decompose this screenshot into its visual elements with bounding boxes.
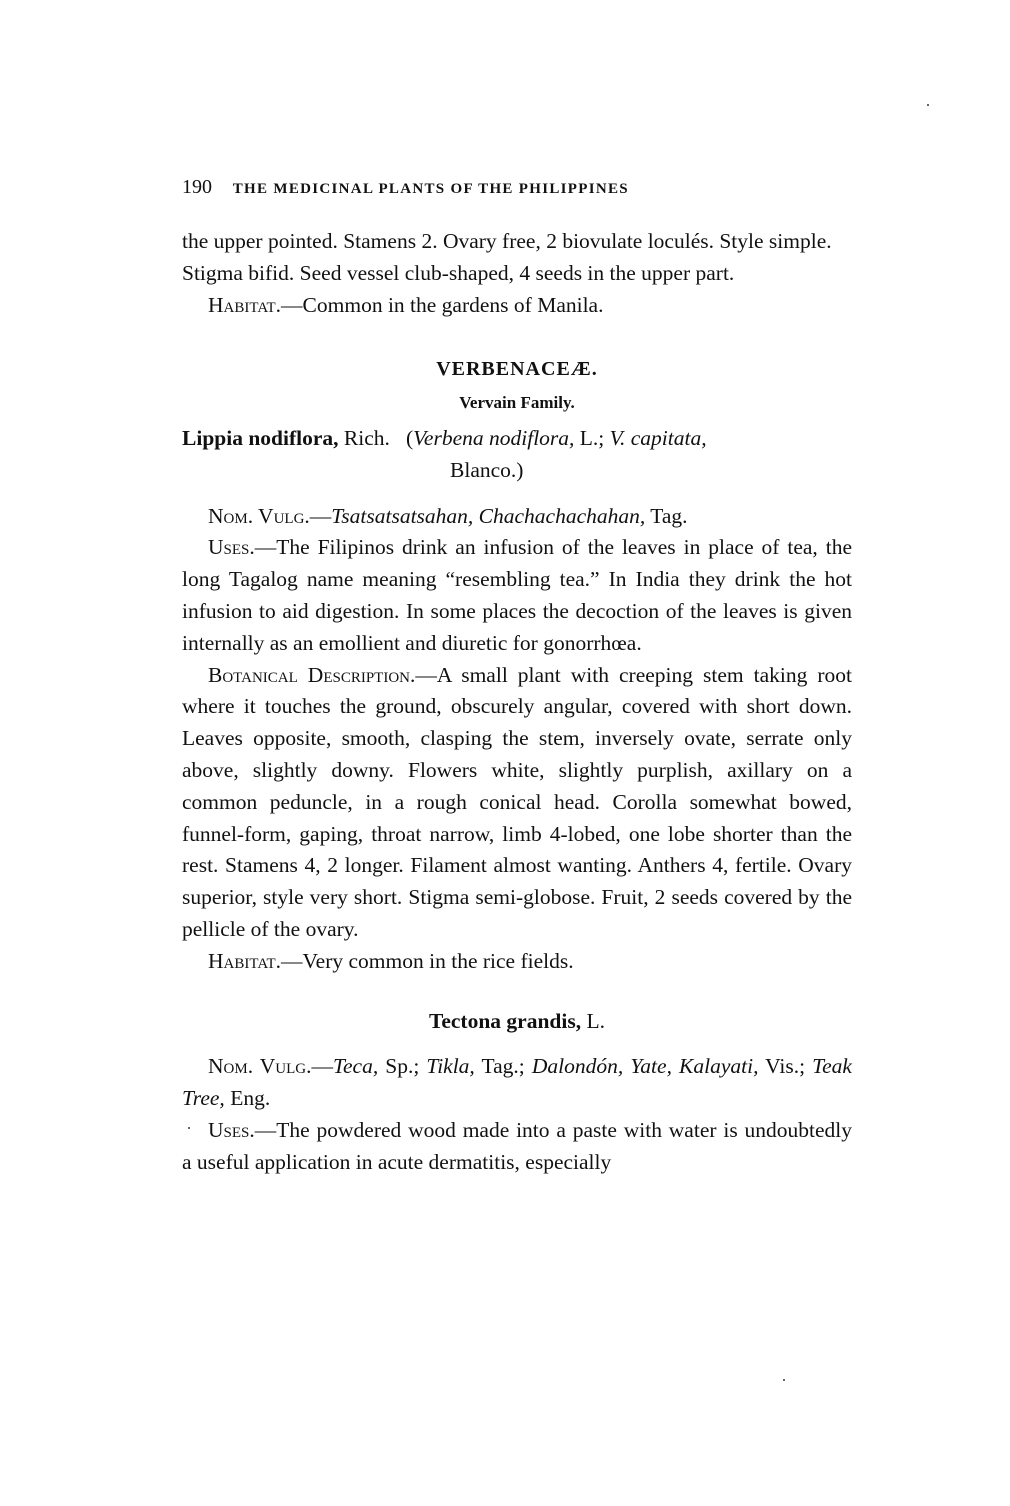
- vernacular-name: Teca,: [333, 1054, 378, 1078]
- uses-text: —The Filipinos drink an infusion of the …: [182, 535, 852, 654]
- language-label: Tag.;: [475, 1054, 532, 1078]
- synonym-2: V. capitata,: [610, 426, 707, 450]
- habitat-paragraph: Habitat.—Very common in the rice fields.: [182, 946, 852, 978]
- family-common-name: Vervain Family.: [182, 387, 852, 419]
- speck-mark: [927, 104, 929, 106]
- synonym-1: Verbena nodiflora,: [413, 426, 574, 450]
- botanical-description-paragraph: Botanical Description.—A small plant wit…: [182, 660, 852, 946]
- species-heading-lippia: Lippia nodiflora, Rich. (Verbena nodiflo…: [182, 423, 852, 487]
- vernacular-names: Tsatsatsatsahan, Chachachachahan,: [331, 504, 645, 528]
- running-title: THE MEDICINAL PLANTS OF THE PHILIPPINES: [233, 181, 629, 197]
- synonym-1-author: L.;: [574, 426, 609, 450]
- page-header: 190 THE MEDICINAL PLANTS OF THE PHILIPPI…: [182, 176, 862, 199]
- nom-vulg-label: Nom. Vulg.: [208, 1054, 312, 1078]
- species-author: Rich.: [339, 426, 390, 450]
- botanical-label: Botanical Description.: [208, 663, 415, 687]
- uses-paragraph: Uses.—The Filipinos drink an infusion of…: [182, 532, 852, 659]
- page-body: the upper pointed. Stamens 2. Ovary free…: [182, 226, 852, 1179]
- synonym-continuation: Blanco.): [182, 455, 852, 487]
- continuation-paragraph: the upper pointed. Stamens 2. Ovary free…: [182, 226, 852, 290]
- dash: —: [312, 1054, 334, 1078]
- uses-label: Uses.: [208, 535, 255, 559]
- page-number: 190: [182, 176, 212, 198]
- species-name: Lippia nodiflora,: [182, 426, 339, 450]
- uses-label: Uses.: [208, 1118, 255, 1142]
- uses-text: —The powdered wood made into a paste wit…: [182, 1118, 852, 1174]
- nom-vulg-label: Nom. Vulg.: [208, 504, 310, 528]
- vernacular-name: Tikla,: [426, 1054, 474, 1078]
- vernacular-name: Dalondón, Yate, Kalayati,: [532, 1054, 759, 1078]
- habitat-text: —Very common in the rice fields.: [281, 949, 574, 973]
- species-heading-tectona: Tectona grandis, L.: [182, 1006, 852, 1038]
- botanical-text: —A small plant with creeping stem taking…: [182, 663, 852, 941]
- species-author: L.: [581, 1009, 605, 1033]
- document-page: 190 THE MEDICINAL PLANTS OF THE PHILIPPI…: [0, 0, 1010, 1506]
- habitat-text: —Common in the gardens of Manila.: [281, 293, 603, 317]
- language-label: Vis.;: [758, 1054, 812, 1078]
- language-label: Eng.: [225, 1086, 270, 1110]
- habitat-label: Habitat.: [208, 293, 281, 317]
- nom-vulg-paragraph: Nom. Vulg.—Tsatsatsatsahan, Chachachacha…: [182, 501, 852, 533]
- species-name: Tectona grandis,: [429, 1009, 581, 1033]
- uses-paragraph: Uses.—The powdered wood made into a past…: [182, 1115, 852, 1179]
- habitat-label: Habitat.: [208, 949, 281, 973]
- nom-vulg-paragraph: Nom. Vulg.—Teca, Sp.; Tikla, Tag.; Dalon…: [182, 1051, 852, 1115]
- family-heading: VERBENACEÆ.: [182, 354, 852, 386]
- language-label: Sp.;: [378, 1054, 426, 1078]
- habitat-paragraph: Habitat.—Common in the gardens of Manila…: [182, 290, 852, 322]
- language-label: Tag.: [645, 504, 687, 528]
- speck-mark: [783, 1379, 785, 1381]
- dash: —: [310, 504, 332, 528]
